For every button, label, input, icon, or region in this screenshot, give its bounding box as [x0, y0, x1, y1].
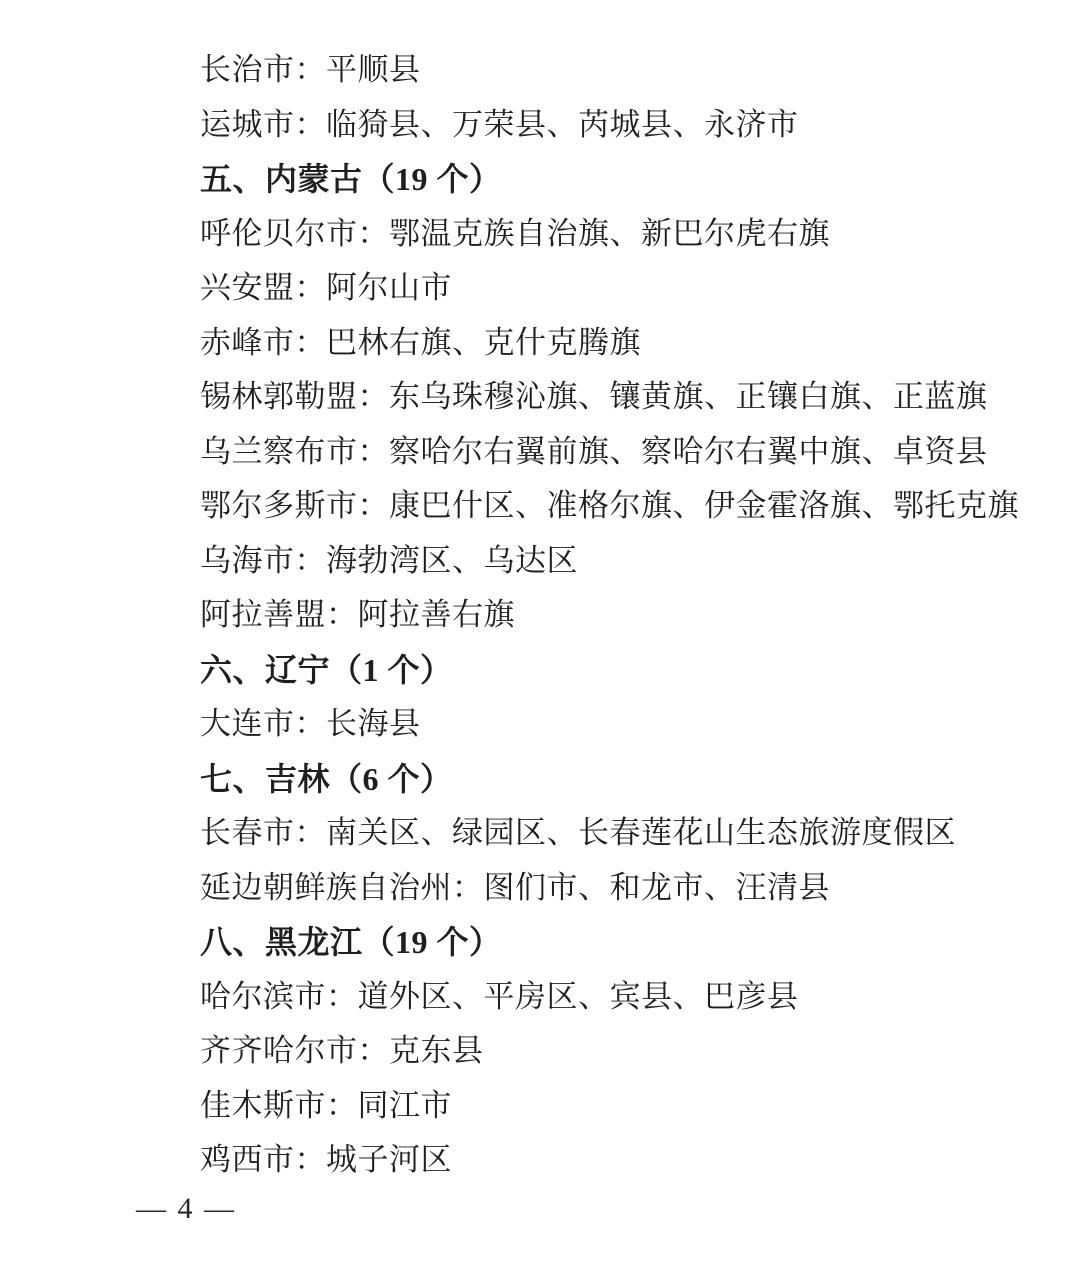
- section-heading: 六、辽宁（1 个）: [200, 643, 990, 698]
- region-entry: 哈尔滨市：道外区、平房区、宾县、巴彦县: [200, 970, 990, 1025]
- region-entry: 呼伦贝尔市：鄂温克族自治旗、新巴尔虎右旗: [200, 207, 990, 262]
- page-number: — 4 —: [136, 1192, 236, 1226]
- region-entry: 大连市：长海县: [200, 697, 990, 752]
- region-entry: 乌兰察布市：察哈尔右翼前旗、察哈尔右翼中旗、卓资县: [200, 425, 990, 480]
- region-entry: 兴安盟：阿尔山市: [200, 261, 990, 316]
- region-entry: 运城市：临猗县、万荣县、芮城县、永济市: [200, 98, 990, 153]
- region-entry: 赤峰市：巴林右旗、克什克腾旗: [200, 316, 990, 371]
- region-entry: 佳木斯市：同江市: [200, 1079, 990, 1134]
- region-entry: 阿拉善盟：阿拉善右旗: [200, 588, 990, 643]
- section-heading: 五、内蒙古（19 个）: [200, 152, 990, 207]
- region-entry: 长治市：平顺县: [200, 43, 990, 98]
- region-entry: 长春市：南关区、绿园区、长春莲花山生态旅游度假区: [200, 806, 990, 861]
- section-heading: 八、黑龙江（19 个）: [200, 915, 990, 970]
- region-entry: 乌海市：海勃湾区、乌达区: [200, 534, 990, 589]
- region-entry: 鄂尔多斯市：康巴什区、准格尔旗、伊金霍洛旗、鄂托克旗: [200, 479, 990, 534]
- section-heading: 七、吉林（6 个）: [200, 752, 990, 807]
- region-entry: 鸡西市：城子河区: [200, 1133, 990, 1188]
- region-entry: 锡林郭勒盟：东乌珠穆沁旗、镶黄旗、正镶白旗、正蓝旗: [200, 370, 990, 425]
- document-body: 长治市：平顺县运城市：临猗县、万荣县、芮城县、永济市五、内蒙古（19 个）呼伦贝…: [200, 43, 990, 1188]
- region-entry: 延边朝鲜族自治州：图们市、和龙市、汪清县: [200, 861, 990, 916]
- region-entry: 齐齐哈尔市：克东县: [200, 1024, 990, 1079]
